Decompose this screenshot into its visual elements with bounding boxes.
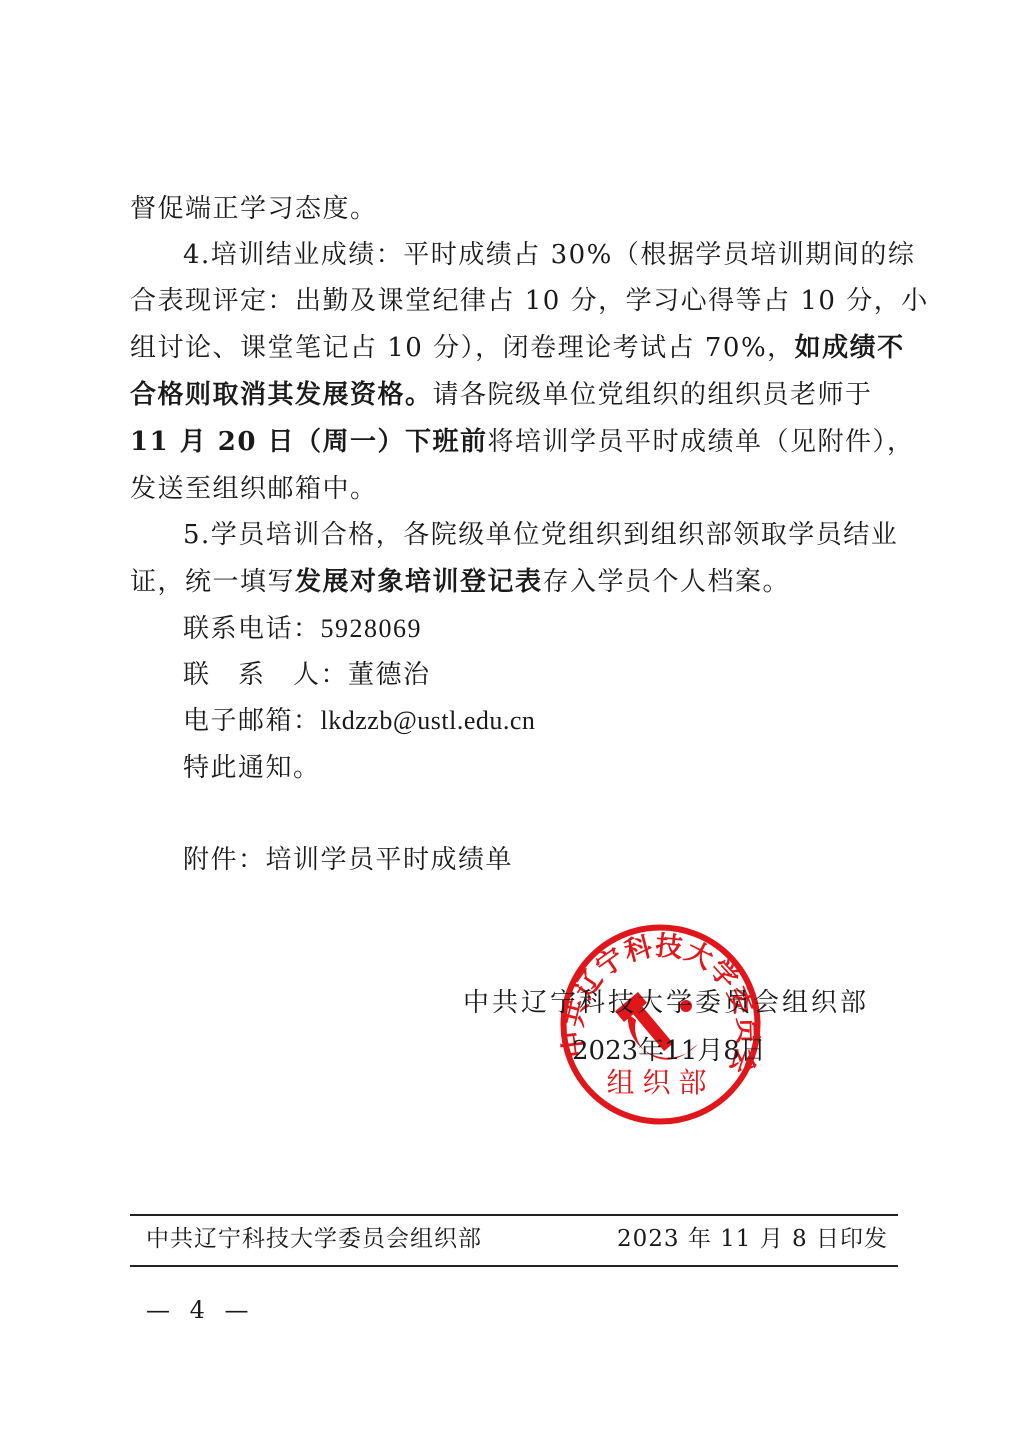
svg-text:组织部: 组织部	[606, 1066, 714, 1099]
item-4-text: 请各院级单位党组织的组织员老师于	[433, 380, 873, 410]
item-5-line-1: 5.学员培训合格，各院级单位党组织到组织部领取学员结业	[183, 520, 888, 550]
item-4-text: 将培训学员平时成绩单（见附件），	[488, 427, 915, 457]
email-link[interactable]: lkdzzb@ustl.edu.cn	[321, 706, 536, 735]
item-4-line-6: 发送至组织邮箱中。	[130, 474, 890, 504]
paragraph-line: 督促端正学习态度。	[130, 194, 890, 224]
person-value: 董德治	[348, 660, 431, 690]
item-5-line-2: 证，统一填写发展对象培训登记表存入学员个人档案。	[130, 567, 890, 597]
phone-value: 5928069	[321, 614, 423, 643]
footer-issue-date: 2023 年 11 月 8 日印发	[617, 1225, 888, 1253]
item-5-text: 存入学员个人档案。	[543, 567, 791, 597]
contact-person: 联 系 人：董德治	[183, 660, 943, 690]
deadline-bold-text: 11 月 20 日（周一）下班前	[130, 427, 488, 457]
email-label: 电子邮箱：	[183, 706, 321, 736]
item-4-bold-text: 合格则取消其发展资格。	[130, 380, 433, 410]
document-page: 督促端正学习态度。 4.培训结业成绩：平时成绩占 30%（根据学员培训期间的综 …	[0, 0, 1024, 1449]
item-4-bold-text: 如成绩不	[795, 333, 905, 363]
item-4-line-1: 4.培训结业成绩：平时成绩占 30%（根据学员培训期间的综	[183, 240, 888, 270]
person-label: 联 系 人：	[183, 660, 348, 690]
footer-bottom-rule	[130, 1265, 898, 1267]
item-4-line-5: 11 月 20 日（周一）下班前将培训学员平时成绩单（见附件），	[130, 427, 890, 457]
attachment-note: 附件：培训学员平时成绩单	[183, 845, 943, 875]
item-4-text: 组讨论、课堂笔记占 10 分），闭卷理论考试占 70%，	[130, 333, 795, 363]
item-4-line-2: 合表现评定：出勤及课堂纪律占 10 分，学习心得等占 10 分，小	[130, 286, 890, 316]
page-number: — 4 —	[146, 1296, 255, 1324]
official-seal-icon: 中共辽宁科技大学委员会 组织部	[558, 922, 763, 1127]
item-4-line-3: 组讨论、课堂笔记占 10 分），闭卷理论考试占 70%，如成绩不	[130, 333, 890, 363]
item-4-line-4: 合格则取消其发展资格。请各院级单位党组织的组织员老师于	[130, 380, 890, 410]
signature-date: 2023年11月8日	[572, 1036, 766, 1066]
signature-organization: 中共辽宁科技大学委员会组织部	[463, 988, 869, 1018]
closing-text: 特此通知。	[183, 753, 943, 783]
phone-label: 联系电话：	[183, 614, 321, 644]
footer-issuer: 中共辽宁科技大学委员会组织部	[146, 1225, 482, 1253]
contact-phone: 联系电话：5928069	[183, 614, 943, 644]
footer-top-rule	[130, 1214, 898, 1216]
registration-form-bold-text: 发展对象培训登记表	[295, 567, 543, 597]
contact-email: 电子邮箱：lkdzzb@ustl.edu.cn	[183, 706, 943, 736]
item-5-text: 证，统一填写	[130, 567, 295, 597]
